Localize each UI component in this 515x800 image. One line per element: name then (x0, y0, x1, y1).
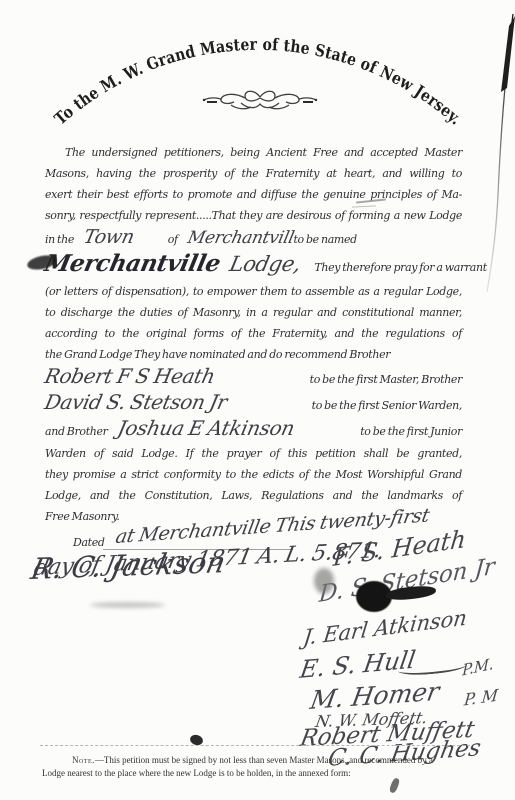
petition-line: sonry, respectfully represent.....That t… (45, 205, 462, 226)
petition-line: (or letters of dispensation), to empower… (45, 281, 462, 302)
printed-text: of (168, 233, 178, 246)
footer-note-line1: Note.—This petition must be signed by no… (42, 754, 482, 767)
flourish-ornament-icon (201, 85, 319, 113)
arched-title: To the M. W. Grand Master of the State o… (0, 0, 515, 140)
footer-note-line2: Lodge nearest to the place where the new… (42, 767, 482, 780)
petition-line-fill: in theTownofMerchantvillto be named (45, 226, 462, 251)
petition-line: The undersigned petitioners, being Ancie… (45, 142, 462, 163)
junior-warden-nomination-row: and Brother Joshua E Atkinson to be the … (45, 417, 462, 443)
junior-warden-name-fill: Joshua E Atkinson (115, 417, 296, 440)
page-title: To the M. W. Grand Master of the State o… (51, 35, 465, 129)
petition-line-lodge-name: MerchantvilleLodge,They therefore pray f… (45, 251, 462, 281)
senior-warden-nomination-row: David S. Stetson Jr to be the first Seni… (45, 391, 462, 417)
printed-text: to be the first Master, Brother (310, 368, 462, 391)
master-nomination-row: Robert F S Heath to be the first Master,… (45, 365, 462, 391)
document-sheet: To the M. W. Grand Master of the State o… (0, 0, 515, 800)
signature-hull: E. S. Hull (298, 645, 417, 684)
petition-line: exert their best efforts to promote and … (45, 184, 462, 205)
petition-line: Warden of said Lodge. If the prayer of t… (45, 443, 462, 464)
printed-text: They therefore pray for a warrant (314, 261, 486, 274)
town-fill: Town (82, 226, 136, 248)
printed-text: to be the first Senior Warden, (312, 394, 462, 417)
petition-line: Masons, having the prosperity of the Fra… (45, 163, 462, 184)
petition-line: Lodge, and the Constitution, Laws, Regul… (45, 485, 462, 506)
petition-line: the Grand Lodge They have nominated and … (45, 344, 462, 365)
printed-text: to be the first Junior (360, 420, 462, 443)
footer-rule (40, 745, 470, 746)
printed-text: to be named (293, 233, 356, 246)
petition-line: according to the original forms of the F… (45, 323, 462, 344)
lodge-word-fill: Lodge, (227, 251, 303, 277)
senior-warden-name-fill: David S. Stetson Jr (43, 391, 229, 414)
petition-line: they promise a strict conformity to the … (45, 464, 462, 485)
note-label: Note. (72, 755, 95, 765)
petition-line: to discharge the duties of Masonry, in a… (45, 302, 462, 323)
svg-text:To the M. W. Grand Master of t: To the M. W. Grand Master of the State o… (51, 35, 465, 129)
ink-smudge (90, 602, 165, 608)
ink-blot (314, 568, 334, 594)
note-text: —This petition must be signed by not les… (95, 755, 433, 765)
lodge-name-fill: Merchantville (42, 251, 222, 277)
footer-note: Note.—This petition must be signed by no… (42, 754, 482, 779)
petition-body: The undersigned petitioners, being Ancie… (45, 142, 462, 585)
printed-text: and Brother (45, 420, 108, 443)
signature-jackson: R. C. Jackson (28, 545, 229, 586)
past-master-suffix: P. M (463, 685, 499, 709)
signature-atkinson: J. Earl Atkinson (302, 605, 468, 650)
printed-text: in the (45, 233, 74, 246)
master-name-fill: Robert F S Heath (43, 365, 217, 388)
ink-mark (388, 777, 400, 794)
past-master-suffix: P.M. (462, 654, 494, 679)
place-fill: Merchantvill (185, 227, 295, 249)
